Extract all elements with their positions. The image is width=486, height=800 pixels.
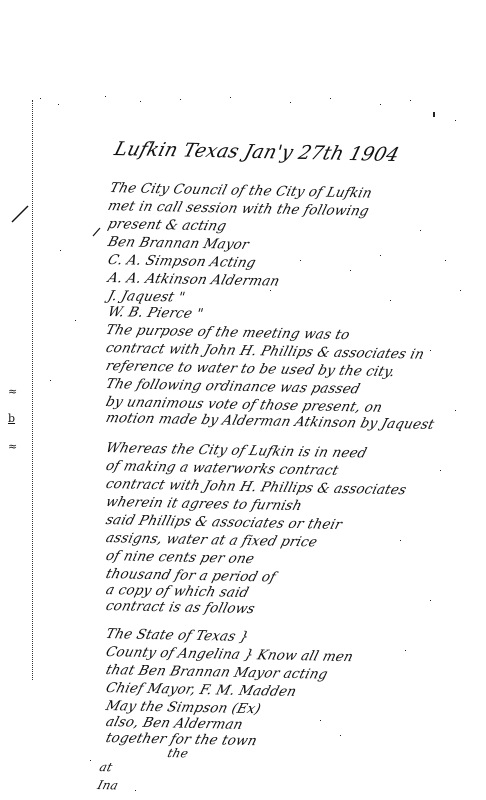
handwritten-line: assigns, water at a fixed price xyxy=(104,530,319,550)
handwritten-line: W. B. Pierce " xyxy=(106,304,205,322)
handwritten-line: C. A. Simpson Acting xyxy=(106,252,258,271)
left-margin-rule xyxy=(32,100,33,680)
handwritten-line: of nine cents per one xyxy=(104,548,256,567)
handwritten-line: wherein it agrees to furnish xyxy=(104,494,304,514)
document-heading: Lufkin Texas Jan'y 27th 1904 xyxy=(112,138,402,166)
handwritten-line: contract is as follows xyxy=(104,598,257,617)
handwritten-line: at xyxy=(98,760,114,774)
handwritten-line: the xyxy=(166,746,190,760)
handwritten-line: Ina xyxy=(96,778,120,792)
margin-mark: ≈ xyxy=(8,440,17,453)
handwritten-line: Chief Mayor, F. M. Madden xyxy=(104,680,298,700)
handwritten-line: present & acting xyxy=(106,216,228,234)
scanned-document-page: ≈ b ≈ Lufkin Texas Jan'y 27th 1904 The C… xyxy=(0,0,486,800)
handwritten-line: motion made by Alderman Atkinson by Jaqu… xyxy=(104,410,436,433)
handwritten-line: J. Jaquest " xyxy=(106,288,187,306)
handwritten-line: Ben Brannan Mayor xyxy=(106,234,251,253)
margin-mark: ≈ xyxy=(8,385,17,398)
margin-mark: b xyxy=(8,412,15,425)
handwritten-line: A. A. Atkinson Alderman xyxy=(106,270,282,290)
handwritten-line: The State of Texas } xyxy=(104,626,251,645)
handwritten-line: that Ben Brannan Mayor acting xyxy=(104,662,330,683)
